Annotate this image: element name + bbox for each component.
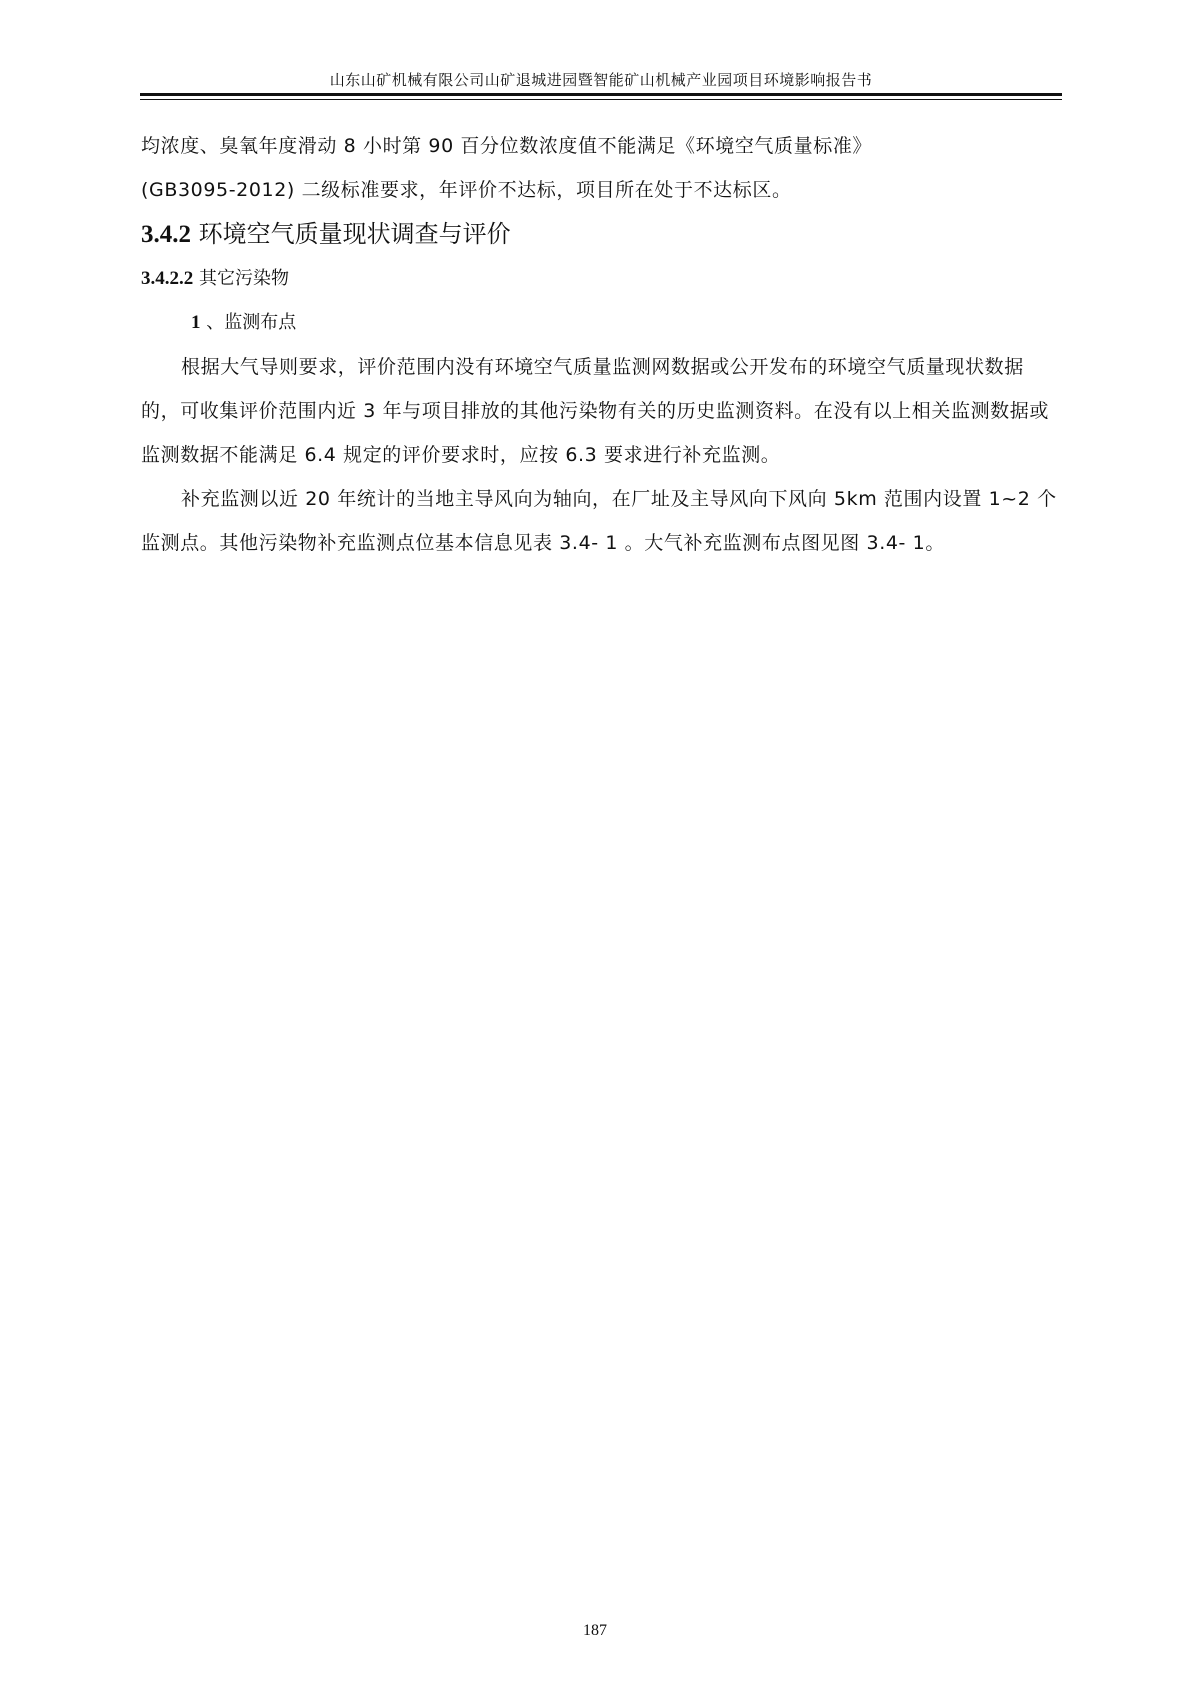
page-content: 均浓度、臭氧年度滑动 8 小时第 90 百分位数浓度值不能满足《环境空气质量标准… bbox=[141, 124, 1061, 565]
intro-line-2: (GB3095-2012) 二级标准要求，年评价不达标，项目所在处于不达标区。 bbox=[141, 168, 1061, 212]
header-title: 山东山矿机械有限公司山矿退城进园暨智能矿山机械产业园项目环境影响报告书 bbox=[140, 69, 1062, 90]
item-heading: 1 、监测布点 bbox=[141, 301, 1061, 345]
subsection-title: 其它污染物 bbox=[199, 268, 289, 289]
item-title: 、监测布点 bbox=[206, 312, 296, 333]
section-heading: 3.4.2 环境空气质量现状调查与评价 bbox=[141, 212, 1061, 257]
paragraph-supplementary-monitoring: 补充监测以近 20 年统计的当地主导风向为轴向，在厂址及主导风向下风向 5km … bbox=[141, 477, 1061, 565]
paragraph-monitoring-requirements: 根据大气导则要求，评价范围内没有环境空气质量监测网数据或公开发布的环境空气质量现… bbox=[141, 345, 1061, 477]
item-number: 1 bbox=[191, 312, 201, 333]
intro-line-1: 均浓度、臭氧年度滑动 8 小时第 90 百分位数浓度值不能满足《环境空气质量标准… bbox=[141, 124, 1061, 168]
section-title: 环境空气质量现状调查与评价 bbox=[199, 220, 511, 248]
header-rule-thin bbox=[140, 99, 1062, 100]
section-number: 3.4.2 bbox=[141, 221, 191, 248]
subsection-heading: 3.4.2.2 其它污染物 bbox=[141, 257, 1061, 301]
header-rule-thick bbox=[140, 93, 1062, 96]
subsection-number: 3.4.2.2 bbox=[141, 268, 193, 289]
page-number: 187 bbox=[0, 1622, 1190, 1640]
